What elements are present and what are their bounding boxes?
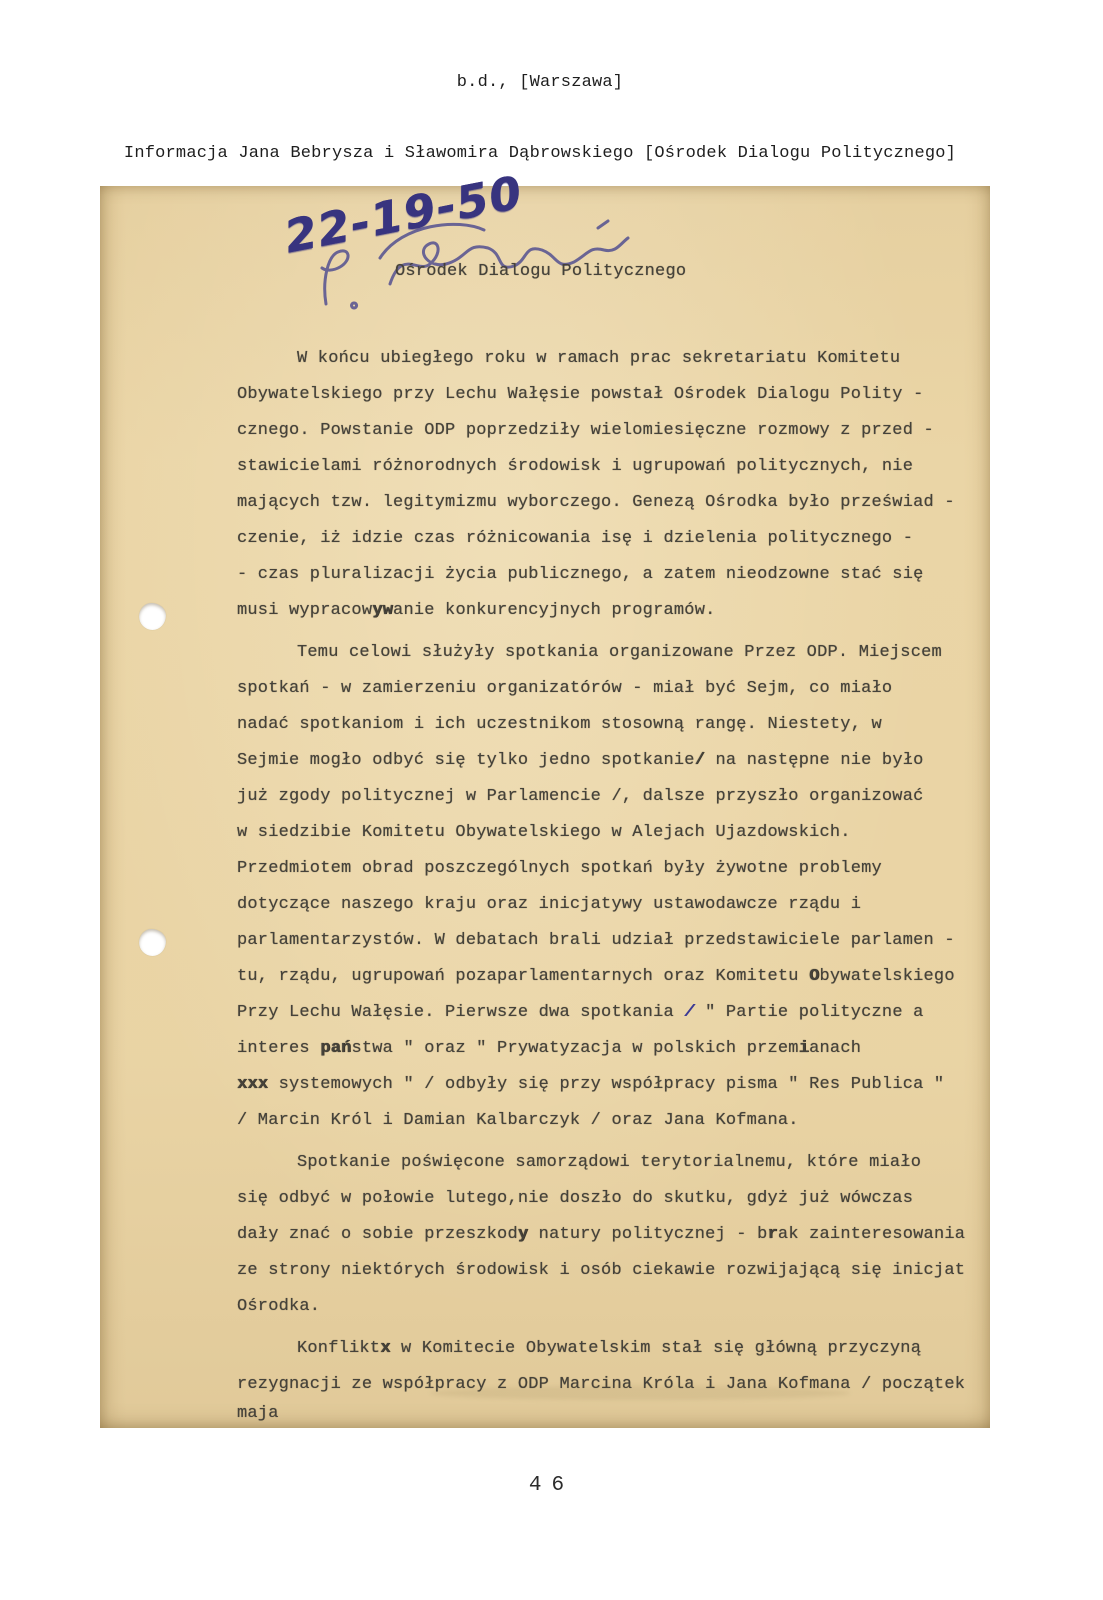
text-segment: anach — [809, 1039, 861, 1058]
text-segment: w siedzibie Komitetu Obywatelskiego w Al… — [237, 823, 851, 842]
handwritten-slash-mark: / — [684, 1003, 694, 1022]
text-segment: Ośrodka. — [237, 1297, 320, 1316]
text-segment: interes — [237, 1039, 320, 1058]
typewriter-body: W końcu ubiegłego roku w ramach prac sek… — [237, 341, 1017, 1432]
text-segment: nadać spotkaniom i ich uczestnikom stoso… — [237, 715, 882, 734]
typewriter-line: się odbyć w połowie lutego,nie doszło do… — [237, 1181, 1017, 1217]
text-segment: dotyczące naszego kraju oraz inicjatywy … — [237, 895, 861, 914]
overtyped-text: yw — [372, 601, 393, 620]
typewriter-line: parlamentarzystów. W debatach brali udzi… — [237, 923, 1017, 959]
text-segment: się odbyć w połowie lutego,nie doszło do… — [237, 1189, 913, 1208]
text-segment: dały znać o sobie przeszkod — [237, 1225, 518, 1244]
typewriter-line: interes państwa " oraz " Prywatyzacja w … — [237, 1031, 1017, 1067]
text-segment: - czas pluralizacji życia publicznego, a… — [237, 565, 924, 584]
text-segment: Przy Lechu Wałęsie. Pierwsze dwa spotkan… — [237, 1003, 684, 1022]
paragraph: Konfliktx w Komitecie Obywatelskim stał … — [237, 1331, 1017, 1432]
document-title: Ośrodek Dialogu Politycznego — [395, 260, 686, 284]
text-segment: ze strony niektórych środowisk i osób ci… — [237, 1261, 965, 1280]
typewriter-line: w siedzibie Komitetu Obywatelskiego w Al… — [237, 815, 1017, 851]
typewriter-line: cznego. Powstanie ODP poprzedziły wielom… — [237, 413, 1017, 449]
text-segment: tu, rządu, ugrupowań pozaparlamentarnych… — [237, 967, 809, 986]
text-segment: Obywatelskiego przy Lechu Wałęsie powsta… — [237, 385, 924, 404]
overtyped-text: x — [380, 1339, 390, 1358]
header-date-place: b.d., [Warszawa] — [0, 72, 1080, 94]
text-segment: anie konkurencyjnych programów. — [393, 601, 715, 620]
text-segment: musi wypracow — [237, 601, 372, 620]
text-segment: spotkań - w zamierzeniu organizatórów - … — [237, 679, 892, 698]
paragraph: W końcu ubiegłego roku w ramach prac sek… — [237, 341, 1017, 629]
typewriter-line: nadać spotkaniom i ich uczestnikom stoso… — [237, 707, 1017, 743]
typewriter-line: tu, rządu, ugrupowań pozaparlamentarnych… — [237, 959, 1017, 995]
text-segment: Spotkanie poświęcone samorządowi terytor… — [297, 1153, 921, 1172]
scanned-paper: 22-19-50 Ośrodek Dialogu Politycznego W … — [100, 186, 990, 1428]
text-segment: mających tzw. legitymizmu wyborczego. Ge… — [237, 493, 955, 512]
overtyped-text: i — [799, 1039, 809, 1058]
hole-punch-bottom — [139, 929, 166, 956]
text-segment: Sejmie mogło odbyć się tylko jedno spotk… — [237, 751, 695, 770]
text-segment: już zgody politycznej w Parlamencie /, d… — [237, 787, 924, 806]
text-segment: na następne nie było — [705, 751, 923, 770]
typewriter-line: Przedmiotem obrad poszczególnych spotkań… — [237, 851, 1017, 887]
header-description-line1: Informacja Jana Bebrysza i Sławomira Dąb… — [0, 143, 1080, 165]
text-segment: systemowych " / odbyły się przy współpra… — [268, 1075, 944, 1094]
typewriter-line: Obywatelskiego przy Lechu Wałęsie powsta… — [237, 377, 1017, 413]
paragraph: Spotkanie poświęcone samorządowi terytor… — [237, 1145, 1017, 1325]
typewriter-line: dotyczące naszego kraju oraz inicjatywy … — [237, 887, 1017, 923]
text-segment: czenie, iż idzie czas różnicowania isę i… — [237, 529, 913, 548]
overtyped-text: / — [695, 751, 705, 770]
overtyped-text: xxx — [237, 1075, 268, 1094]
hole-punch-top — [139, 603, 166, 630]
text-segment: w Komitecie Obywatelskim stał się główną… — [391, 1339, 922, 1358]
overtyped-text: pań — [320, 1039, 351, 1058]
typewriter-line: Konfliktx w Komitecie Obywatelskim stał … — [237, 1331, 1017, 1367]
text-segment: bywatelskiego — [820, 967, 955, 986]
typewriter-line: już zgody politycznej w Parlamencie /, d… — [237, 779, 1017, 815]
typewriter-line: spotkań - w zamierzeniu organizatórów - … — [237, 671, 1017, 707]
typewriter-line: Przy Lechu Wałęsie. Pierwsze dwa spotkan… — [237, 995, 1017, 1031]
text-segment: stawicielami różnorodnych środowisk i ug… — [237, 457, 913, 476]
typewriter-line: ze strony niektórych środowisk i osób ci… — [237, 1253, 1017, 1289]
text-segment: maja — [237, 1404, 279, 1423]
typewriter-line: Spotkanie poświęcone samorządowi terytor… — [237, 1145, 1017, 1181]
typewriter-line: musi wypracowywanie konkurencyjnych prog… — [237, 593, 1017, 629]
typewriter-line: / Marcin Król i Damian Kalbarczyk / oraz… — [237, 1103, 1017, 1139]
text-segment: " Partie polityczne a — [695, 1003, 924, 1022]
text-segment: ak zainteresowania — [778, 1225, 965, 1244]
typewriter-line: stawicielami różnorodnych środowisk i ug… — [237, 449, 1017, 485]
overtyped-text: O — [809, 967, 819, 986]
text-segment: / Marcin Król i Damian Kalbarczyk / oraz… — [237, 1111, 799, 1130]
text-segment: Przedmiotem obrad poszczególnych spotkań… — [237, 859, 882, 878]
page-number: 46 — [0, 1474, 1103, 1497]
text-segment: cznego. Powstanie ODP poprzedziły wielom… — [237, 421, 934, 440]
typewriter-line: xxx systemowych " / odbyły się przy wspó… — [237, 1067, 1017, 1103]
typewriter-line: dały znać o sobie przeszkody natury poli… — [237, 1217, 1017, 1253]
text-segment: Temu celowi służyły spotkania organizowa… — [297, 643, 942, 662]
overtyped-text: y — [518, 1225, 528, 1244]
typewriter-line: czenie, iż idzie czas różnicowania isę i… — [237, 521, 1017, 557]
typewriter-line: W końcu ubiegłego roku w ramach prac sek… — [237, 341, 1017, 377]
archival-document-page: { "colors": { "paper": "#ecd7a8", "typew… — [0, 0, 1103, 1600]
typewriter-line: Sejmie mogło odbyć się tylko jedno spotk… — [237, 743, 1017, 779]
text-segment: Konflikt — [297, 1339, 380, 1358]
overtyped-text: r — [768, 1225, 778, 1244]
typewriter-line: mających tzw. legitymizmu wyborczego. Ge… — [237, 485, 1017, 521]
typewriter-line: Ośrodka. — [237, 1289, 1017, 1325]
paper-smudge — [430, 1386, 850, 1400]
text-segment: parlamentarzystów. W debatach brali udzi… — [237, 931, 955, 950]
paragraph: Temu celowi służyły spotkania organizowa… — [237, 635, 1017, 1139]
text-segment: W końcu ubiegłego roku w ramach prac sek… — [297, 349, 900, 368]
typewriter-line: Temu celowi służyły spotkania organizowa… — [237, 635, 1017, 671]
text-segment: stwa " oraz " Prywatyzacja w polskich pr… — [351, 1039, 798, 1058]
text-segment: natury politycznej - b — [528, 1225, 767, 1244]
typewriter-line: - czas pluralizacji życia publicznego, a… — [237, 557, 1017, 593]
